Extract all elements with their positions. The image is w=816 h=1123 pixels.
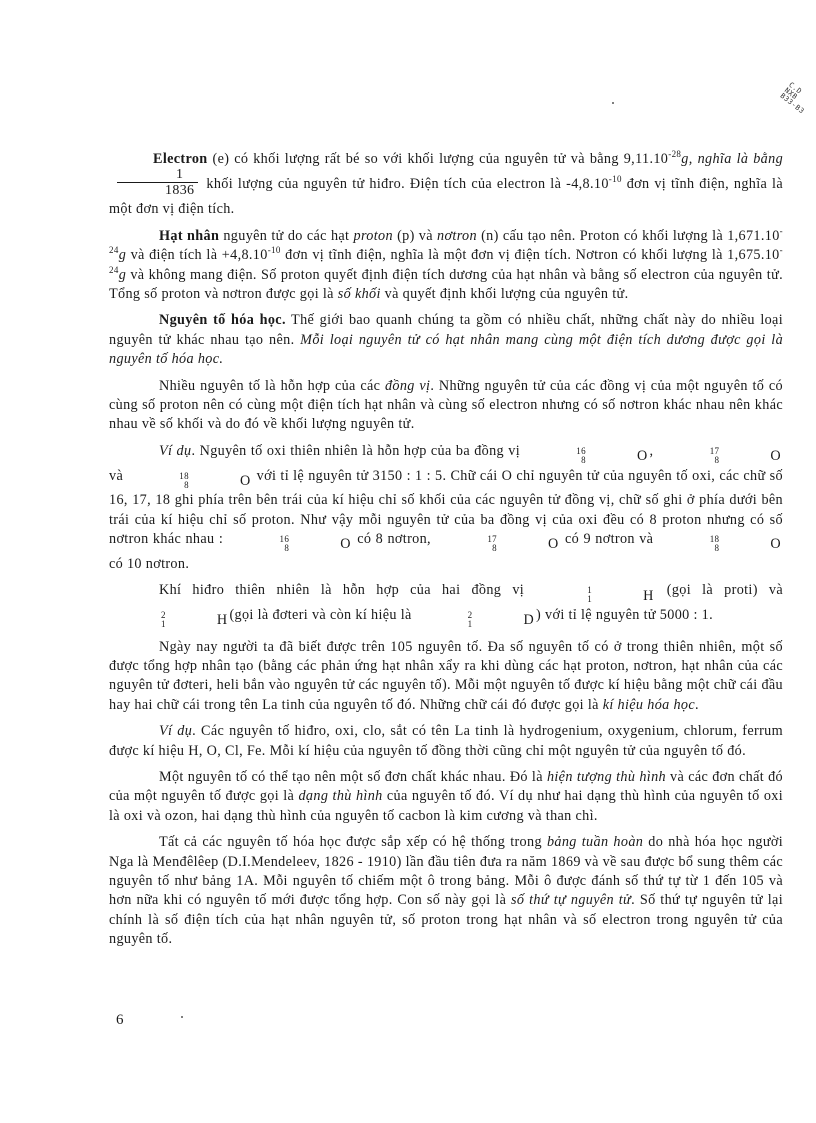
atomic-number: 8 xyxy=(660,456,720,465)
mass-number: 18 xyxy=(660,535,720,544)
element-symbol: O xyxy=(190,472,251,491)
mass-number: 16 xyxy=(526,447,586,456)
text: . xyxy=(695,697,699,713)
isotope-d2: 21D xyxy=(418,611,534,630)
text: và điện tích là +4,8.10 xyxy=(126,247,268,263)
example-label: Ví dụ xyxy=(159,723,192,739)
italic-term: số thứ tự nguyên tử xyxy=(511,892,631,908)
isotope-o18: 188O xyxy=(660,535,781,554)
scan-speck xyxy=(612,102,614,104)
mass-number: 16 xyxy=(230,535,290,544)
isotope-h1: 11H xyxy=(537,587,653,606)
scan-speck xyxy=(181,1016,183,1018)
text: có 9 nơtron và xyxy=(561,531,658,547)
italic-term: dạng thù hình xyxy=(298,788,382,804)
text: Nhiều nguyên tố là hỗn hợp của các xyxy=(159,378,385,394)
mass-number: 2 xyxy=(111,611,166,620)
isotope-o16: 168O xyxy=(526,447,647,466)
mass-number: 17 xyxy=(660,447,720,456)
atomic-number: 8 xyxy=(437,544,497,553)
body-text: Electron (e) có khối lượng rất bé so với… xyxy=(109,150,783,957)
paragraph-isotopes: Nhiều nguyên tố là hỗn hợp của các đồng … xyxy=(109,377,783,435)
paragraph-hydrogen: Khí hiđro thiên nhiên là hỗn hợp của hai… xyxy=(109,581,783,630)
text: (n) cấu tạo nên. Proton có khối lượng là… xyxy=(477,228,780,244)
text: Một nguyên tố có thể tạo nên một số đơn … xyxy=(159,769,547,785)
italic-term: proton xyxy=(354,228,393,244)
atomic-number: 8 xyxy=(526,456,586,465)
fraction-numerator: 1 xyxy=(117,167,198,183)
text: ) với tỉ lệ nguyên tử 5000 : 1. xyxy=(536,607,713,623)
text: Khí hiđro thiên nhiên là hỗn hợp của hai… xyxy=(159,582,535,598)
italic-term: hiện tượng thù hình xyxy=(547,769,666,785)
term-chemical-element: Nguyên tố hóa học. xyxy=(159,312,286,328)
paragraph-chemical-element: Nguyên tố hóa học. Thế giới bao quanh ch… xyxy=(109,311,783,369)
term-electron: Electron xyxy=(153,151,208,167)
isotope-o17: 178O xyxy=(437,535,558,554)
atomic-number: 1 xyxy=(111,620,166,629)
element-symbol: D xyxy=(473,611,534,630)
paragraph-nucleus: Hạt nhân nguyên tử do các hạt proton (p)… xyxy=(109,227,783,305)
italic-term: số khối xyxy=(338,286,381,302)
paragraph-electron: Electron (e) có khối lượng rất bé so với… xyxy=(109,150,783,220)
text: và xyxy=(109,468,127,484)
page-number: 6 xyxy=(116,1012,124,1029)
atomic-number: 1 xyxy=(537,595,592,604)
italic-term: nơtron xyxy=(437,228,477,244)
text: . Nguyên tố oxi thiên nhiên là hỗn hợp c… xyxy=(191,443,524,459)
paragraph-oxygen-example: Ví dụ. Nguyên tố oxi thiên nhiên là hỗn … xyxy=(109,442,783,574)
element-symbol: H xyxy=(167,611,228,630)
example-label: Ví dụ xyxy=(159,443,191,459)
library-stamp: C.D NXB B33-B3 xyxy=(779,82,814,116)
text: , xyxy=(650,443,658,459)
isotope-o18: 188O xyxy=(129,472,250,491)
atomic-number: 1 xyxy=(418,620,473,629)
paragraph-latin-names: Ví dụ. Các nguyên tố hiđro, oxi, clo, sắ… xyxy=(109,722,783,761)
paragraph-allotropy: Một nguyên tố có thể tạo nên một số đơn … xyxy=(109,768,783,826)
italic-term: bảng tuần hoàn xyxy=(547,834,643,850)
element-symbol: O xyxy=(720,535,781,554)
mass-number: 17 xyxy=(437,535,497,544)
text: . Các nguyên tố hiđro, oxi, clo, sắt có … xyxy=(109,723,783,758)
text: và quyết định khối lượng của nguyên tử. xyxy=(381,286,629,302)
mass-number: 18 xyxy=(129,472,189,481)
mass-number: 1 xyxy=(537,586,592,595)
isotope-o17: 178O xyxy=(660,447,781,466)
italic-term: kí hiệu hóa học xyxy=(603,697,695,713)
paragraph-known-elements: Ngày nay người ta đã biết được trên 105 … xyxy=(109,638,783,716)
text: Tất cả các nguyên tố hóa học được sắp xế… xyxy=(159,834,547,850)
isotope-o16: 168O xyxy=(230,535,351,554)
element-symbol: O xyxy=(587,447,648,466)
isotope-h2: 21H xyxy=(111,611,227,630)
text: có 8 nơtron, xyxy=(353,531,435,547)
element-symbol: O xyxy=(290,535,351,554)
text: (p) và xyxy=(393,228,437,244)
text: có 10 nơtron. xyxy=(109,556,189,572)
exponent: -28 xyxy=(668,149,681,159)
element-symbol: O xyxy=(720,447,781,466)
element-symbol: H xyxy=(593,587,654,606)
italic-term: đồng vị xyxy=(385,378,430,394)
text: g, nghĩa là bằng xyxy=(681,151,783,167)
exponent: -10 xyxy=(609,174,622,184)
text: đơn vị tĩnh điện, nghĩa là một đơn vị đi… xyxy=(281,247,780,263)
atomic-number: 8 xyxy=(129,481,189,490)
mass-number: 2 xyxy=(418,611,473,620)
text: (gọi là đơteri và còn kí hiệu là xyxy=(229,607,415,623)
fraction: 11836 xyxy=(117,167,198,198)
term-nucleus: Hạt nhân xyxy=(159,228,219,244)
text: nguyên tử do các hạt xyxy=(219,228,353,244)
fraction-denominator: 1836 xyxy=(117,183,198,198)
element-symbol: O xyxy=(498,535,559,554)
text: khối lượng của nguyên tử hiđro. Điện tíc… xyxy=(206,176,608,192)
exponent: -10 xyxy=(268,245,281,255)
paragraph-periodic-table: Tất cả các nguyên tố hóa học được sắp xế… xyxy=(109,833,783,949)
text: (gọi là proti) và xyxy=(656,582,783,598)
atomic-number: 8 xyxy=(660,544,720,553)
text: (e) có khối lượng rất bé so với khối lượ… xyxy=(208,151,669,167)
atomic-number: 8 xyxy=(230,544,290,553)
document-page: C.D NXB B33-B3 Electron (e) có khối lượn… xyxy=(0,0,816,1123)
